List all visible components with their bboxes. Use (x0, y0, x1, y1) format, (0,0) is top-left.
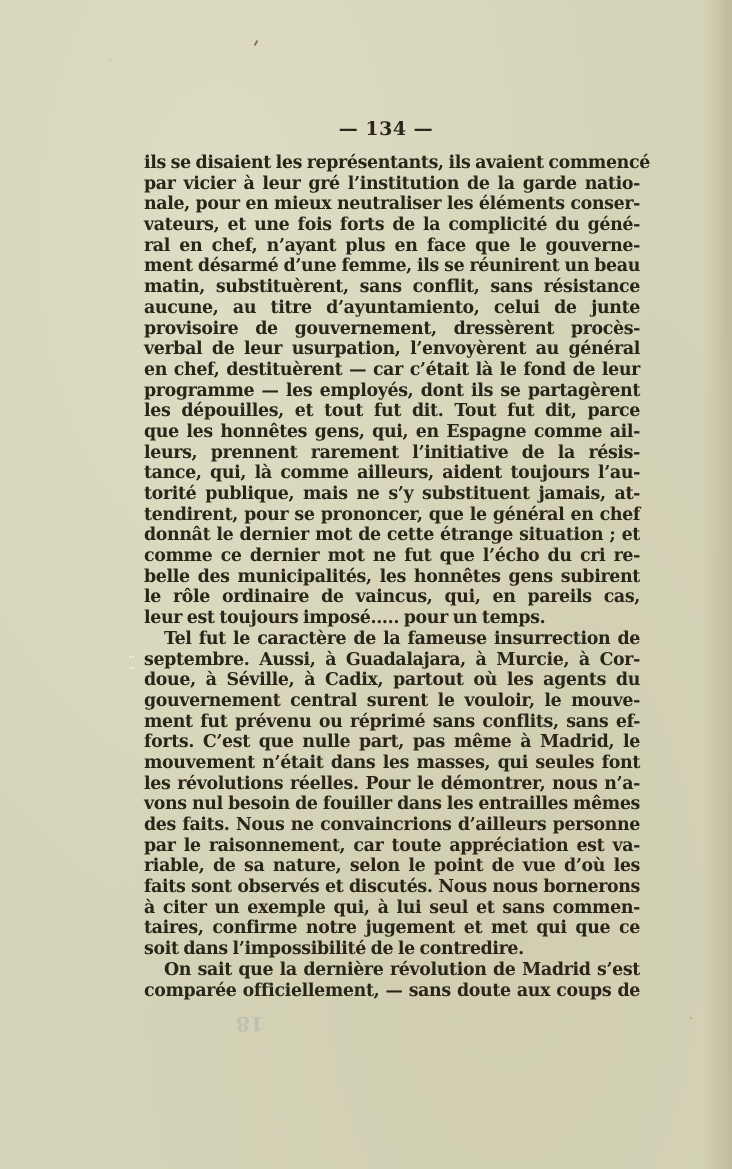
text-line-5: ral en chef, n’ayant plus en face que le… (144, 236, 640, 257)
body-text: ils se disaient les représentants, ils a… (144, 153, 640, 1001)
text-line-3: nale, pour en mieux neutraliser les élém… (144, 194, 640, 215)
text-line-18: tendirent, pour se prononcer, que le gén… (144, 505, 640, 526)
text-line-20: comme ce dernier mot ne fut que l’écho d… (144, 546, 640, 567)
text-line-16: tance, qui, là comme ailleurs, aident to… (144, 463, 640, 484)
text-line-13: les dépouilles, et tout fut dit. Tout fu… (144, 401, 640, 422)
book-page: — 134 — ils se disaient les représentant… (0, 0, 732, 1169)
text-line-21: belle des municipalités, les honnêtes ge… (144, 567, 640, 588)
bleed-through-mark: 18 (236, 1012, 264, 1036)
text-line-17: torité publique, mais ne s’y substituent… (144, 484, 640, 505)
text-line-22: le rôle ordinaire de vaincus, qui, en pa… (144, 587, 640, 608)
text-line-19: donnât le dernier mot de cette étrange s… (144, 525, 640, 546)
text-line-6: ment désarmé d’une femme, ils se réunire… (144, 256, 640, 277)
text-line-10: verbal de leur usurpation, l’envoyèrent … (144, 339, 640, 360)
text-line-27: gouvernement central surent le vouloir, … (144, 691, 640, 712)
page-number: — 134 — (0, 118, 732, 140)
text-line-7: matin, substituèrent, sans conflit, sans… (144, 277, 640, 298)
text-line-32: vons nul besoin de fouiller dans les ent… (144, 794, 640, 815)
text-line-37: à citer un exemple qui, à lui seul et sa… (144, 898, 640, 919)
text-line-11: en chef, destituèrent — car c’était là l… (144, 360, 640, 381)
paper-speck (690, 1017, 692, 1019)
text-line-8: aucune, au titre d’ayuntamiento, celui d… (144, 298, 640, 319)
margin-mark (129, 656, 132, 669)
text-line-1: ils se disaient les représentants, ils a… (144, 153, 640, 174)
text-line-36: faits sont observés et discutés. Nous no… (144, 877, 640, 898)
text-line-26: doue, à Séville, à Cadix, partout où les… (144, 670, 640, 691)
paper-speck (110, 60, 111, 61)
text-line-23: leur est toujours imposé..... pour un te… (144, 608, 640, 629)
paper-speck (254, 40, 259, 46)
text-line-15: leurs, prennent rarement l’initiative de… (144, 443, 640, 464)
text-line-34: par le raisonnement, car toute appréciat… (144, 836, 640, 857)
text-line-31: les révolutions réelles. Pour le démontr… (144, 774, 640, 795)
text-line-33: des faits. Nous ne convaincrions d’aille… (144, 815, 640, 836)
text-line-41: comparée officiellement, — sans doute au… (144, 981, 640, 1002)
text-line-30: mouvement n’était dans les masses, qui s… (144, 753, 640, 774)
text-line-9: provisoire de gouvernement, dressèrent p… (144, 319, 640, 340)
text-line-35: riable, de sa nature, selon le point de … (144, 856, 640, 877)
text-line-25: septembre. Aussi, à Guadalajara, à Murci… (144, 650, 640, 671)
text-line-14: que les honnêtes gens, qui, en Espagne c… (144, 422, 640, 443)
text-line-39: soit dans l’impossibilité de le contredi… (144, 939, 640, 960)
text-line-4: vateurs, et une fois forts de la complic… (144, 215, 640, 236)
text-line-29: forts. C’est que nulle part, pas même à … (144, 732, 640, 753)
paragraph-start-line: On sait que la dernière révolution de Ma… (144, 960, 640, 981)
text-line-38: taires, confirme notre jugement et met q… (144, 918, 640, 939)
text-line-28: ment fut prévenu ou réprimé sans conflit… (144, 712, 640, 733)
text-line-12: programme — les employés, dont ils se pa… (144, 381, 640, 402)
text-line-2: par vicier à leur gré l’institution de l… (144, 174, 640, 195)
paragraph-start-line: Tel fut le caractère de la fameuse insur… (144, 629, 640, 650)
